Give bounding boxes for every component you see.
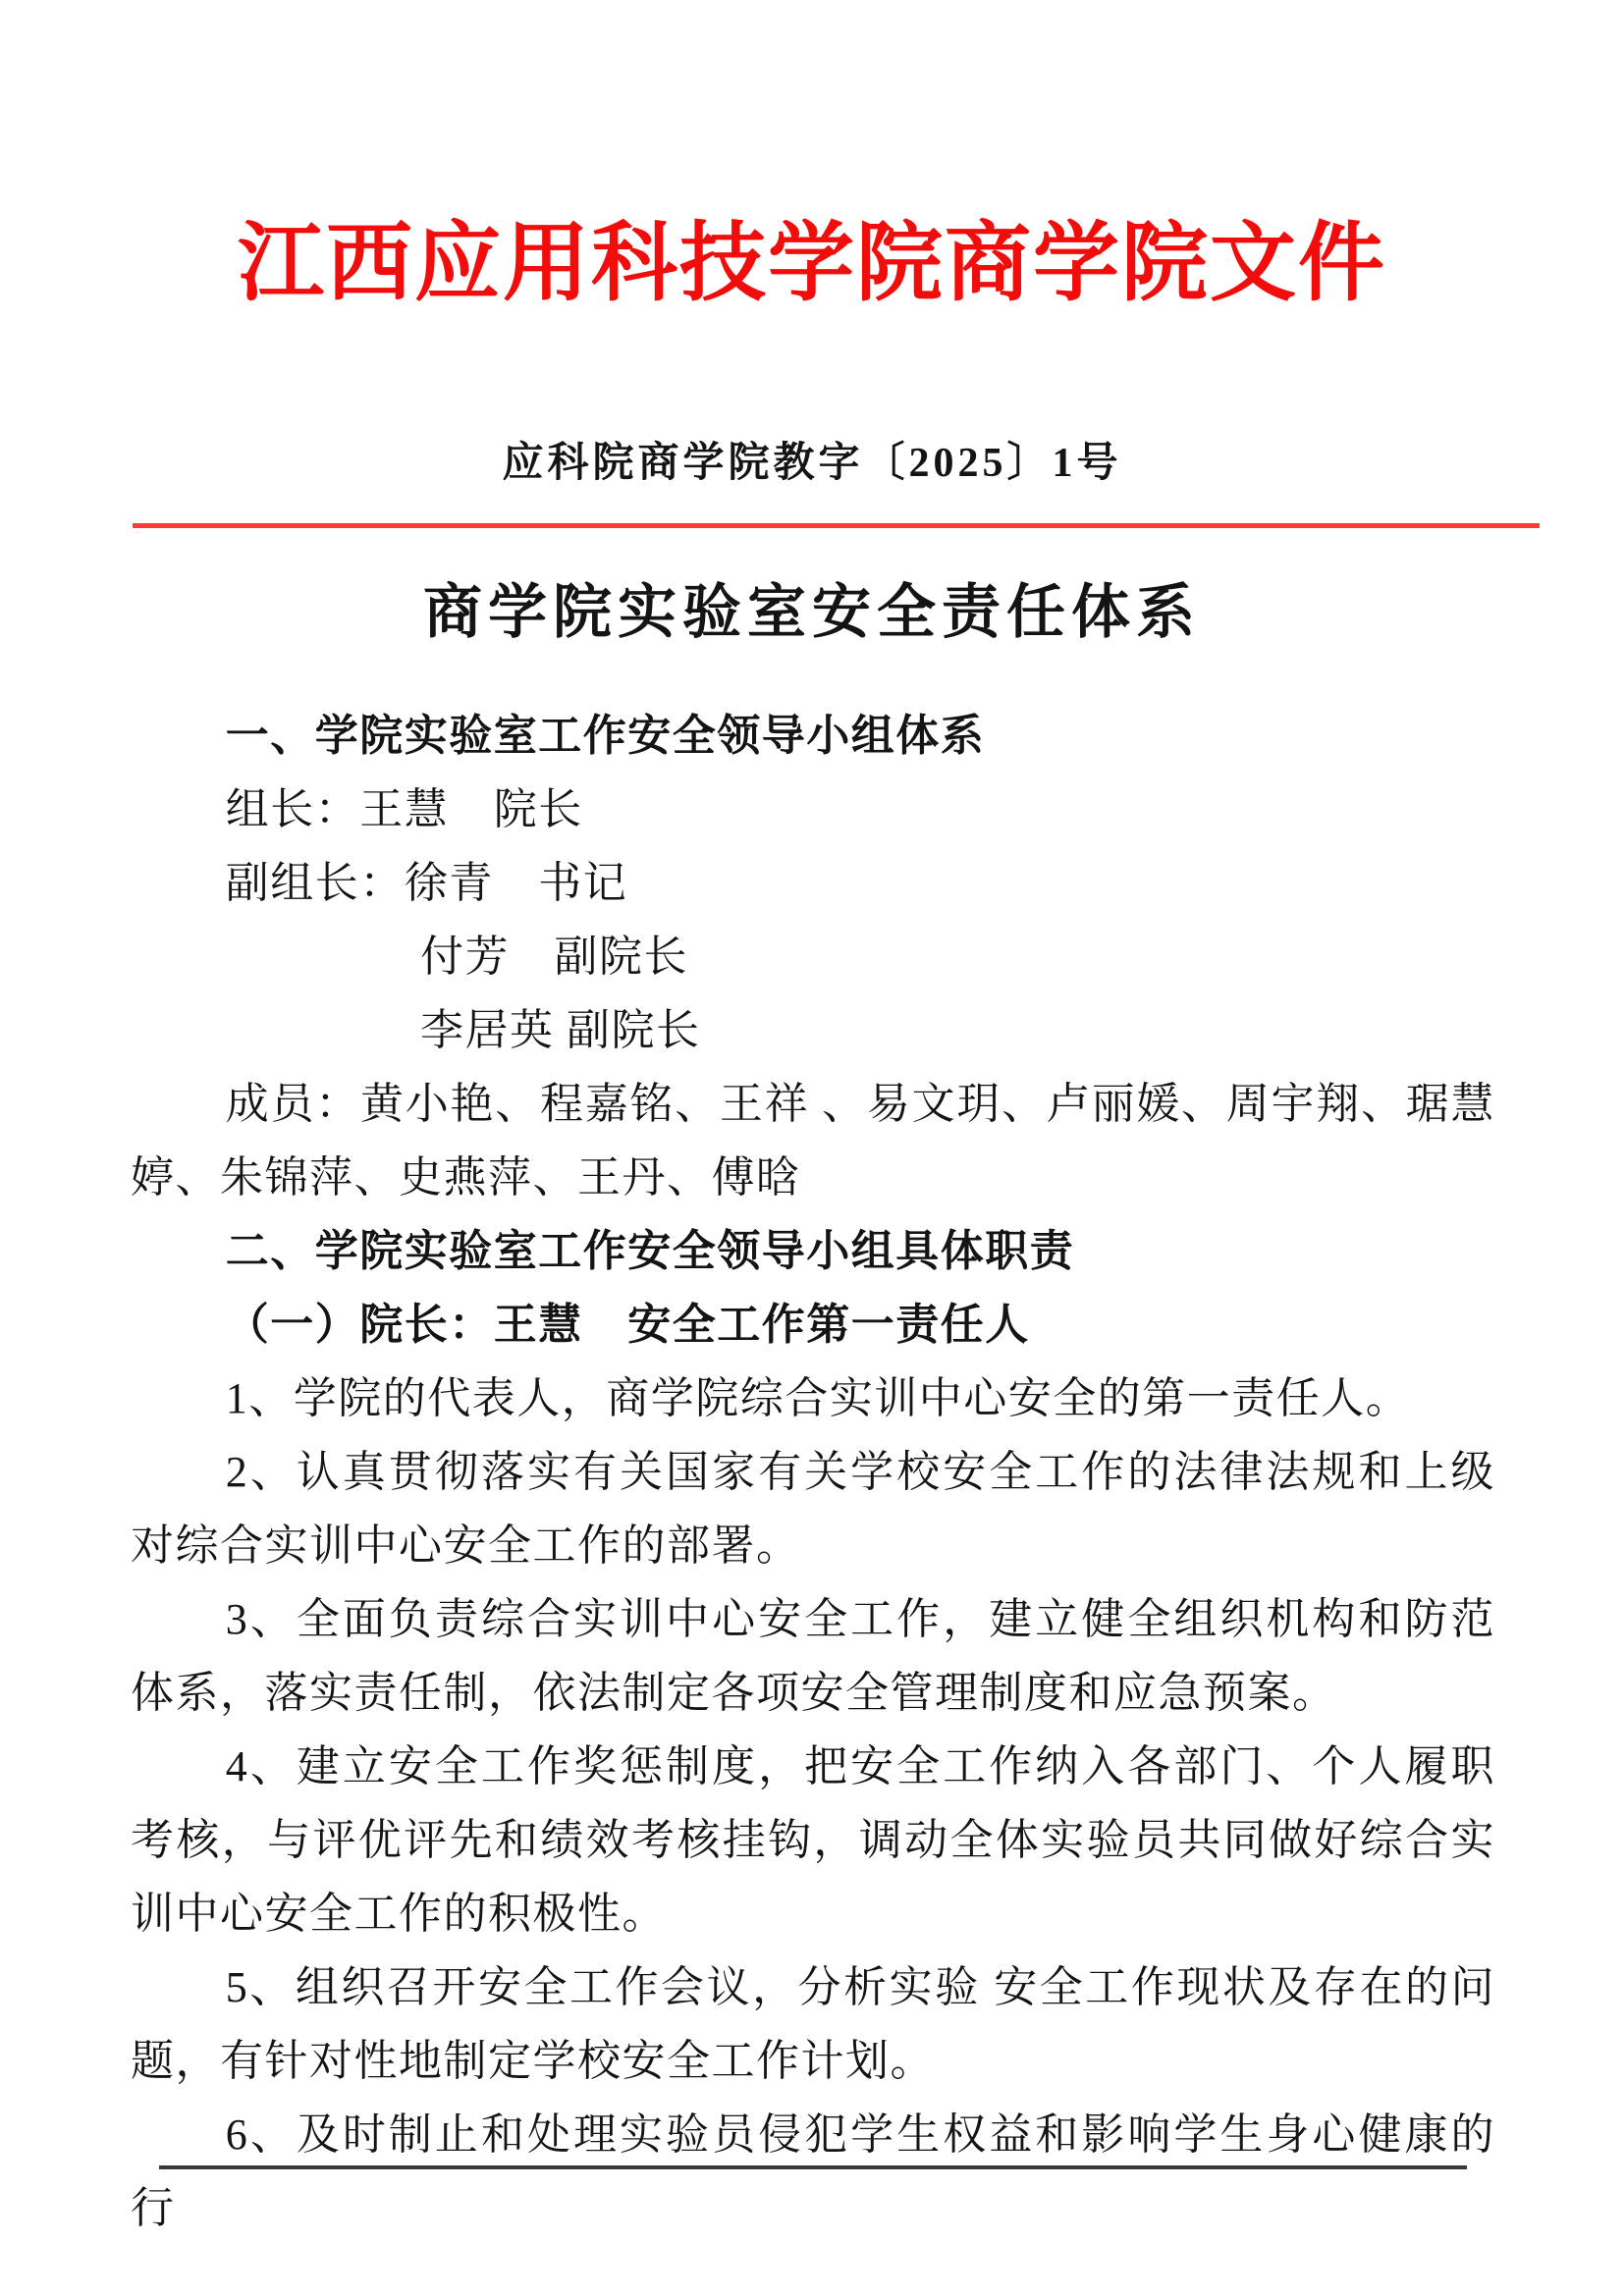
- duty-para-2: 2、认真贯彻落实有关国家有关学校安全工作的法律法规和上级对综合实训中心安全工作的…: [131, 1435, 1495, 1582]
- section-2-heading: 二、学院实验室工作安全领导小组具体职责: [131, 1214, 1495, 1288]
- duty-para-6: 6、及时制止和处理实验员侵犯学生权益和影响学生身心健康的行: [131, 2098, 1495, 2245]
- red-divider-rule: [133, 523, 1540, 528]
- document-title: 商学院实验室安全责任体系: [0, 565, 1624, 650]
- header-org-title: 江西应用科技学院商学院文件: [0, 194, 1624, 318]
- doc-number: 应科院商学院教字〔2025〕1号: [0, 430, 1624, 489]
- para-members: 成员：黄小艳、程嘉铭、王祥 、易文玥、卢丽媛、周宇翔、琚慧婷、朱锦萍、史燕萍、王…: [131, 1067, 1495, 1214]
- line-deputy-leader-2: 付芳 副院长: [131, 920, 1495, 993]
- section-1-heading: 一、学院实验室工作安全领导小组体系: [131, 699, 1495, 773]
- line-deputy-leader-1: 副组长：徐青 书记: [131, 846, 1495, 920]
- line-deputy-leader-3: 李居英 副院长: [131, 993, 1495, 1067]
- line-group-leader: 组长：王慧 院长: [131, 773, 1495, 846]
- duty-para-3: 3、全面负责综合实训中心安全工作，建立健全组织机构和防范体系，落实责任制，依法制…: [131, 1582, 1495, 1730]
- duty-para-1: 1、学院的代表人，商学院综合实训中心安全的第一责任人。: [131, 1362, 1495, 1435]
- footer-rule: [159, 2165, 1467, 2169]
- duty-para-5: 5、组织召开安全工作会议，分析实验 安全工作现状及存在的问题，有针对性地制定学校…: [131, 1950, 1495, 2098]
- subsection-1-heading: （一）院长：王慧 安全工作第一责任人: [131, 1288, 1495, 1362]
- document-body: 一、学院实验室工作安全领导小组体系 组长：王慧 院长 副组长：徐青 书记 付芳 …: [131, 699, 1495, 2245]
- document-page: 江西应用科技学院商学院文件 应科院商学院教字〔2025〕1号 商学院实验室安全责…: [0, 0, 1624, 2296]
- duty-para-4: 4、建立安全工作奖惩制度，把安全工作纳入各部门、个人履职考核，与评优评先和绩效考…: [131, 1730, 1495, 1950]
